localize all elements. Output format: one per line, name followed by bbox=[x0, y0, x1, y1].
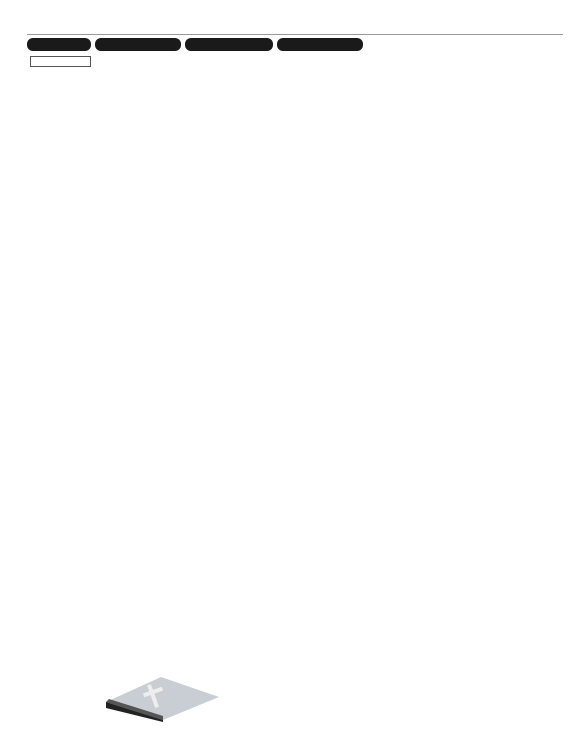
section-header-in-memoriam bbox=[277, 38, 363, 51]
section-header-in-memoriam bbox=[27, 38, 91, 51]
column-in-memoriam-1 bbox=[27, 38, 91, 737]
masthead bbox=[27, 26, 563, 35]
djm-robinson-ad[interactable] bbox=[30, 56, 91, 67]
column-in-memoriam-3 bbox=[185, 38, 273, 728]
section-header-in-memoriam bbox=[95, 38, 181, 51]
column-in-memoriam-4 bbox=[277, 38, 363, 728]
column-in-memoriam-2 bbox=[95, 38, 181, 678]
section-header-in-memoriam bbox=[185, 38, 273, 51]
